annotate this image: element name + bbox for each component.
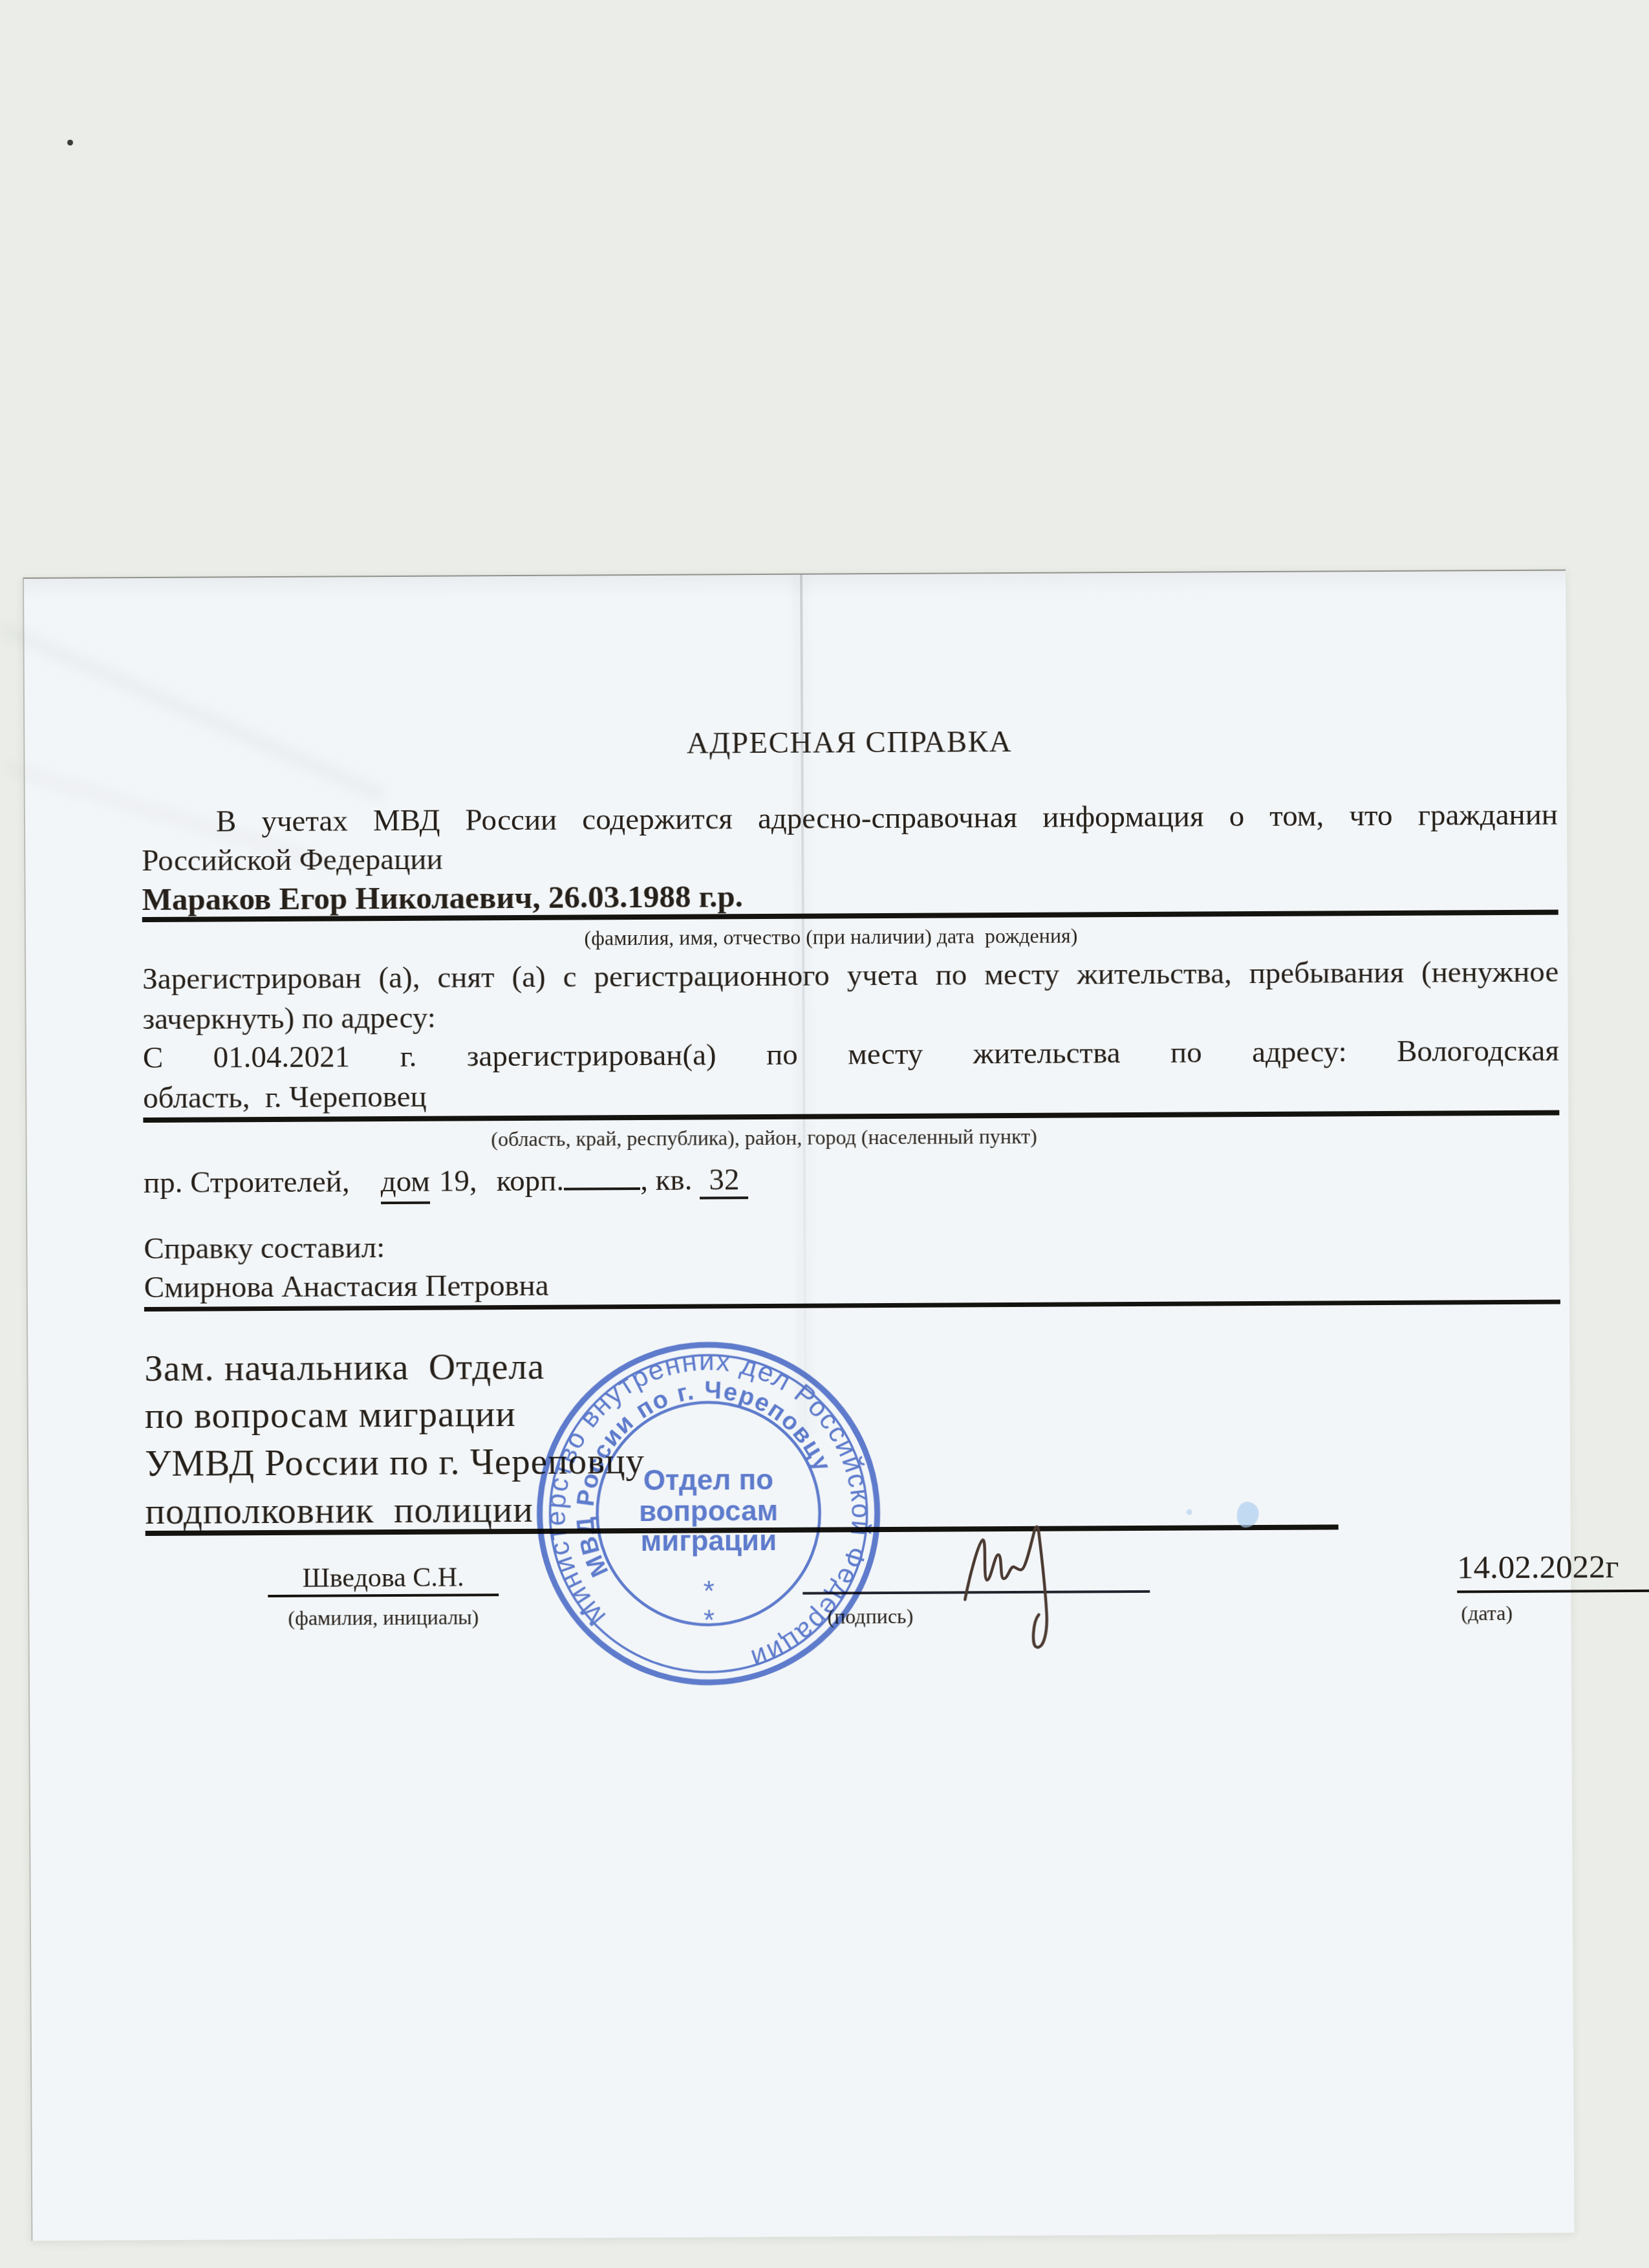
- korp-blank: [564, 1159, 640, 1191]
- date-rule: [1457, 1590, 1649, 1593]
- signature-stroke: [965, 1527, 1047, 1648]
- document-scan: АДРЕСНАЯ СПРАВКА В учетах МВД России сод…: [0, 0, 1649, 2268]
- date-caption: (дата): [1461, 1601, 1513, 1625]
- signee-name-caption: (фамилия, инициалы): [268, 1605, 499, 1630]
- registration-line-1: Зарегистрирован (а), снят (а) с регистра…: [142, 953, 1558, 999]
- address-caption: (область, край, республика), район, горо…: [143, 1121, 1559, 1154]
- background-speck: [67, 140, 73, 146]
- stamp-star-2: *: [704, 1604, 715, 1636]
- address-line-1: С 01.04.2021 г. зарегистрирован(а) по ме…: [143, 1031, 1559, 1077]
- stamp-star-1: *: [704, 1575, 715, 1607]
- document-content: АДРЕСНАЯ СПРАВКА В учетах МВД России сод…: [140, 571, 1565, 2240]
- dom-label-underlined: дом: [381, 1165, 431, 1204]
- stamp-center-line-3: миграции: [640, 1525, 777, 1557]
- doc-title: АДРЕСНАЯ СПРАВКА: [141, 720, 1557, 766]
- ink-dot: [1187, 1509, 1192, 1515]
- stamp-center-line-1: Отдел по: [643, 1464, 773, 1496]
- signee-name-rule: [268, 1593, 499, 1597]
- street-prefix: пр. Строителей,: [144, 1165, 350, 1200]
- street-address-line: пр. Строителей,дом19,корп., кв.32: [144, 1154, 1560, 1202]
- kv-label: , кв.: [640, 1163, 693, 1197]
- korp-label: корп.: [497, 1164, 565, 1198]
- issue-date: 14.02.2022г: [1457, 1548, 1619, 1586]
- handwritten-signature: [951, 1522, 1145, 1659]
- person-caption: (фамилия, имя, отчество (при наличии) да…: [142, 920, 1558, 953]
- stamp-center-line-2: вопросам: [639, 1495, 778, 1528]
- paper-sheet: АДРЕСНАЯ СПРАВКА В учетах МВД России сод…: [23, 570, 1574, 2241]
- signee-name: Шведова С.Н.: [268, 1562, 499, 1594]
- official-stamp: Министерство внутренних дел Российской Ф…: [526, 1332, 890, 1696]
- dom-value: 19,: [439, 1164, 477, 1198]
- kv-value-underlined: 32: [700, 1163, 748, 1199]
